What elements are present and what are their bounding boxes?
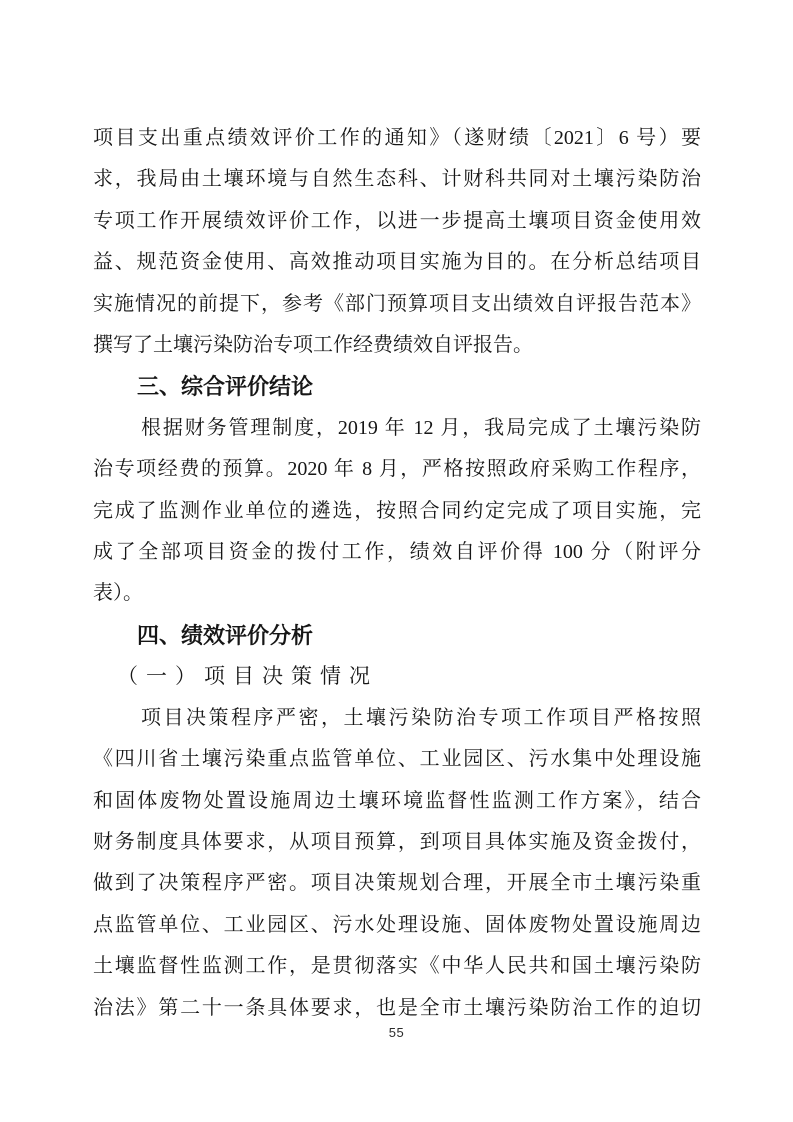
text-line: 项目支出重点绩效评价工作的通知》（遂财绩〔2021〕6 号）要 <box>93 118 701 159</box>
page-text: 项目支出重点绩效评价工作的通知》（遂财绩〔2021〕6 号）要 求，我局由土壤环… <box>93 118 701 1029</box>
text-line: 做到了决策程序严密。项目决策规划合理，开展全市土壤污染重 <box>93 863 701 904</box>
text-line: 专项工作开展绩效评价工作，以进一步提高土壤项目资金使用效 <box>93 201 701 242</box>
text-line: 治法》第二十一条具体要求，也是全市土壤污染防治工作的迫切 <box>93 988 701 1029</box>
text-line: 撰写了土壤污染防治专项工作经费绩效自评报告。 <box>93 325 701 366</box>
text-line: 根据财务管理制度，2019 年 12 月，我局完成了土壤污染防 <box>93 408 701 449</box>
text-line: 治专项经费的预算。2020 年 8 月，严格按照政府采购工作程序， <box>93 449 701 490</box>
page-footer: 55 <box>0 1024 793 1042</box>
heading-section-3: 三、综合评价结论 <box>93 366 701 407</box>
heading-section-4: 四、绩效评价分析 <box>93 615 701 656</box>
subheading-1: （一）项目决策情况 <box>93 656 701 697</box>
text-line: 和固体废物处置设施周边土壤环境监督性监测工作方案》，结合 <box>93 781 701 822</box>
text-line: 求，我局由土壤环境与自然生态科、计财科共同对土壤污染防治 <box>93 159 701 200</box>
text-line: 益、规范资金使用、高效推动项目实施为目的。在分析总结项目 <box>93 242 701 283</box>
text-line: 土壤监督性监测工作，是贯彻落实《中华人民共和国土壤污染防 <box>93 946 701 987</box>
text-line: 点监管单位、工业园区、污水处理设施、固体废物处置设施周边 <box>93 905 701 946</box>
text-line: 财务制度具体要求，从项目预算，到项目具体实施及资金拨付， <box>93 822 701 863</box>
page-number: 55 <box>389 1025 404 1040</box>
text-line: 表）。 <box>93 573 701 614</box>
document-page: 项目支出重点绩效评价工作的通知》（遂财绩〔2021〕6 号）要 求，我局由土壤环… <box>0 0 793 1122</box>
text-line: 成了全部项目资金的拨付工作，绩效自评价得 100 分（附评分 <box>93 532 701 573</box>
text-line: 项目决策程序严密，土壤污染防治专项工作项目严格按照 <box>93 698 701 739</box>
text-line: 完成了监测作业单位的遴选，按照合同约定完成了项目实施，完 <box>93 491 701 532</box>
text-line: 实施情况的前提下，参考《部门预算项目支出绩效自评报告范本》 <box>93 284 701 325</box>
text-line: 《四川省土壤污染重点监管单位、工业园区、污水集中处理设施 <box>93 739 701 780</box>
